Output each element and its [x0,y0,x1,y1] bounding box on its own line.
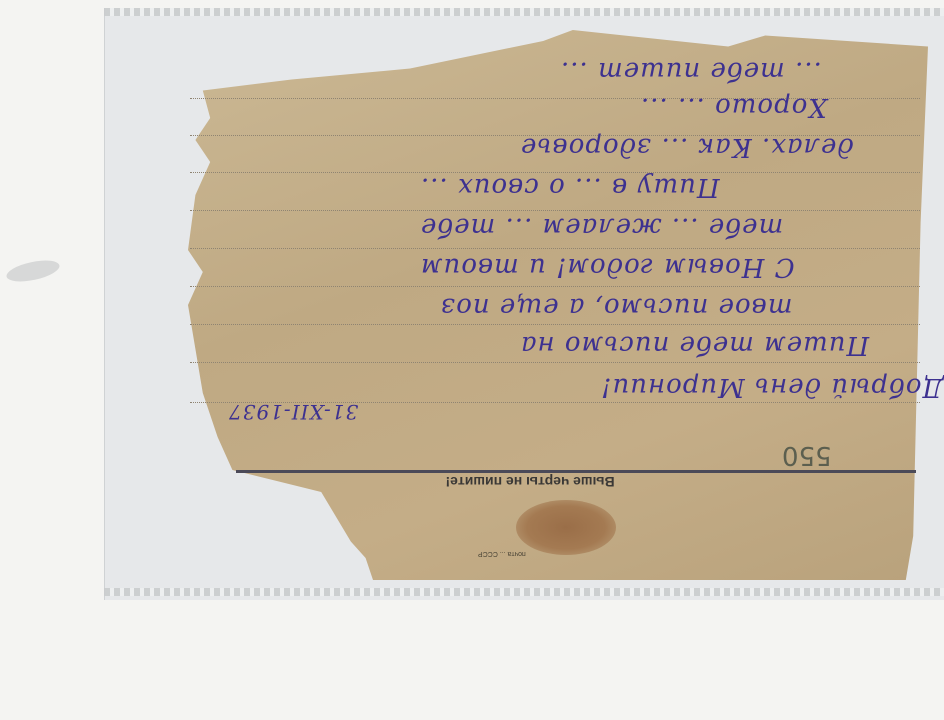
small-print: почта ... СССР [478,550,526,557]
handwritten-line: делах. Как ... здоровье [520,132,854,162]
sleeve-bottom-edge [104,588,944,596]
handwritten-line: Пишу в ... о своих ... [420,172,720,202]
ruled-line [190,248,920,249]
handwritten-line: твое письмо, а еще поз [440,292,792,322]
ruled-line [190,362,920,363]
scan-blemish [5,257,62,286]
handwritten-line: тебе ... желаем ... тебе [420,212,783,242]
ruled-line [190,286,920,287]
handwritten-line: Пишем тебе письмо на [520,330,869,360]
handwritten-line: ... тебе пишет ... [560,56,822,86]
printed-divider-line [236,470,916,473]
handwritten-date: 31-XII-1937 [228,400,358,424]
pencil-number: 550 [782,440,832,470]
stain [516,500,616,555]
handwritten-line: Добрый день Миронии! [600,372,944,402]
handwritten-line: Хорошо ... ... [640,92,827,122]
printed-instruction: Выше черты не пишите! [400,474,660,490]
sleeve-top-edge [104,8,944,16]
ruled-line [190,210,920,211]
ruled-line [190,324,920,325]
handwritten-line: С Новым годом! и твоим [420,252,795,282]
